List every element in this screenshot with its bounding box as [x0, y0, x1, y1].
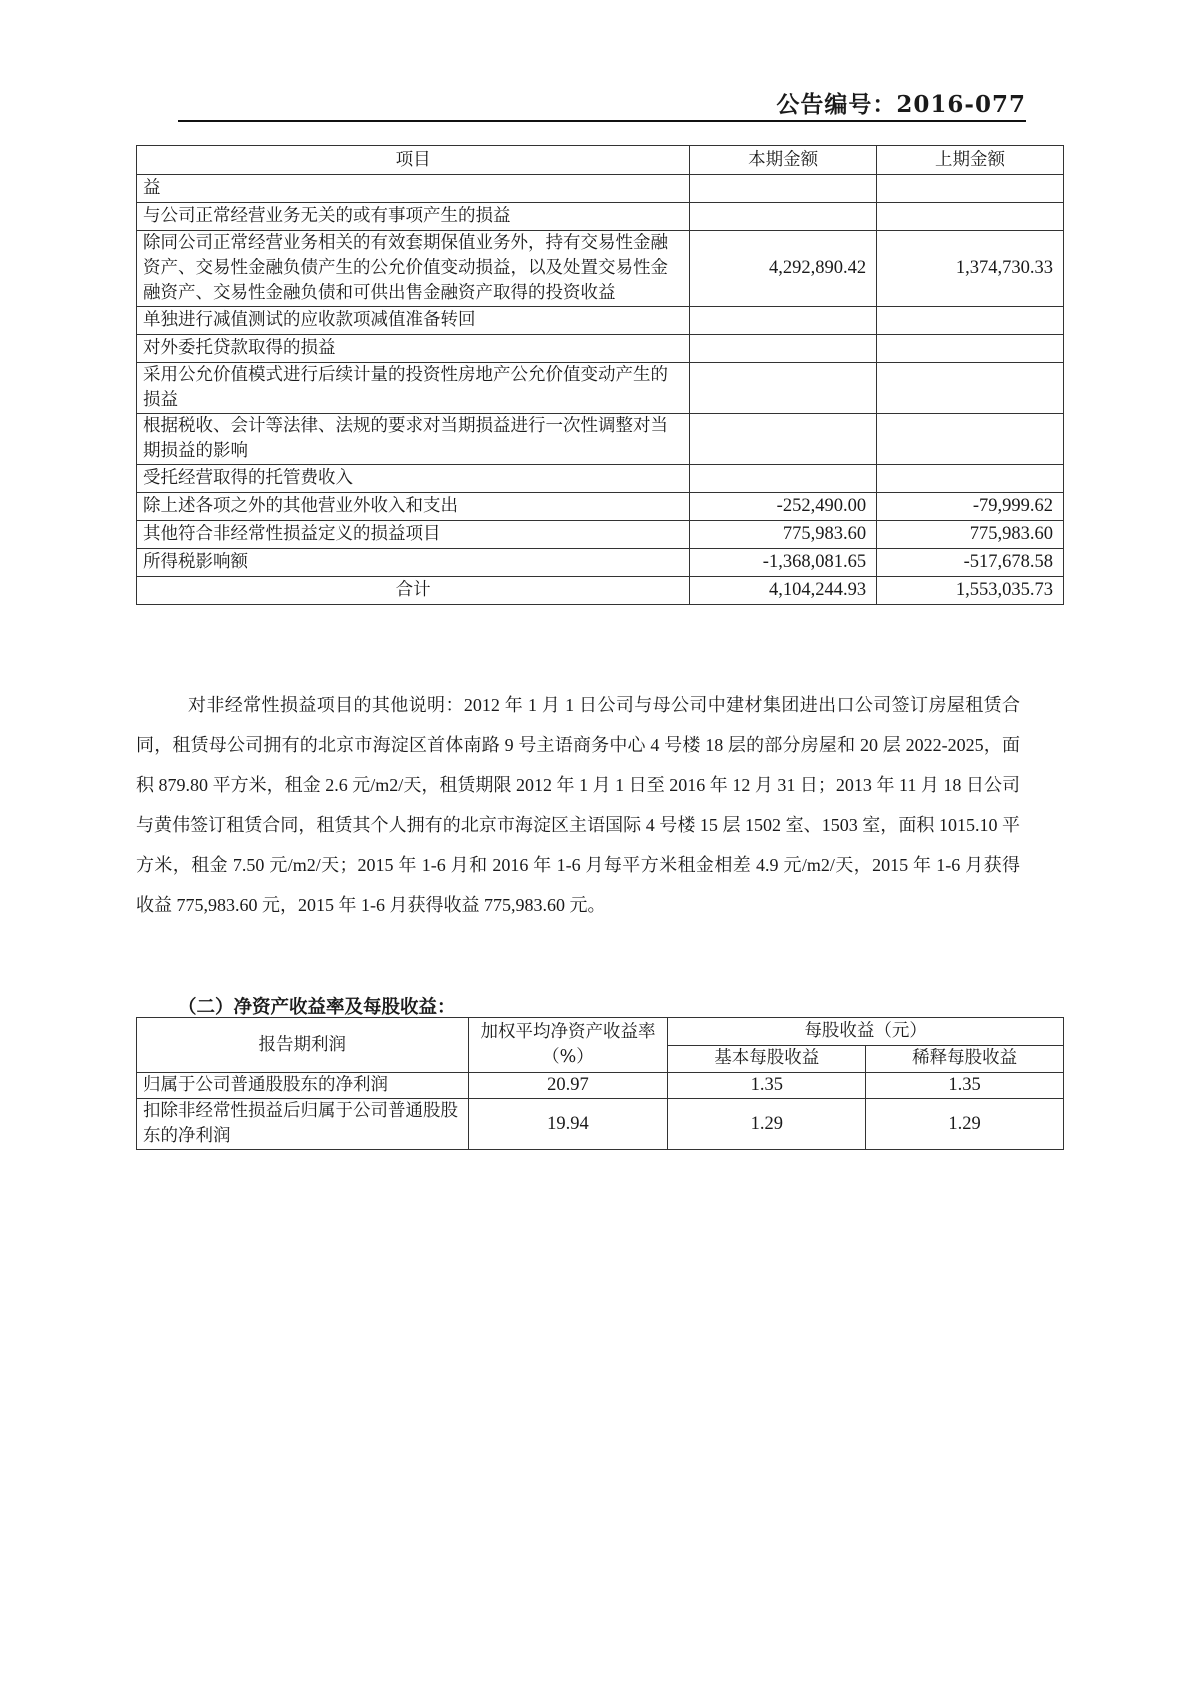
page-header: 公告编号：2016-077	[178, 80, 1026, 122]
column-header-basic-eps: 基本每股收益	[668, 1045, 866, 1073]
row-current-amount	[690, 175, 877, 203]
total-previous-amount: 1,553,035.73	[877, 577, 1064, 605]
table-header-row: 项目 本期金额 上期金额	[137, 146, 1064, 175]
column-header-current-amount: 本期金额	[690, 146, 877, 175]
row-item: 除上述各项之外的其他营业外收入和支出	[137, 493, 690, 521]
row-item: 单独进行减值测试的应收款项减值准备转回	[137, 307, 690, 335]
row-previous-amount: -517,678.58	[877, 549, 1064, 577]
total-current-amount: 4,104,244.93	[690, 577, 877, 605]
row-current-amount	[690, 363, 877, 414]
row-item: 其他符合非经常性损益定义的损益项目	[137, 521, 690, 549]
table-row: 根据税收、会计等法律、法规的要求对当期损益进行一次性调整对当期损益的影响	[137, 414, 1064, 465]
column-header-eps-group: 每股收益（元）	[668, 1018, 1064, 1046]
row-roe: 20.97	[468, 1073, 668, 1099]
announcement-number: 公告编号：2016-077	[776, 86, 1026, 119]
table-row: 采用公允价值模式进行后续计量的投资性房地产公允价值变动产生的损益	[137, 363, 1064, 414]
row-item: 与公司正常经营业务无关的或有事项产生的损益	[137, 203, 690, 231]
table-row: 与公司正常经营业务无关的或有事项产生的损益	[137, 203, 1064, 231]
row-current-amount	[690, 203, 877, 231]
row-current-amount: -1,368,081.65	[690, 549, 877, 577]
non-recurring-explanation-paragraph: 对非经常性损益项目的其他说明：2012 年 1 月 1 日公司与母公司中建材集团…	[136, 685, 1020, 925]
row-previous-amount: 1,374,730.33	[877, 231, 1064, 307]
table-row: 扣除非经常性损益后归属于公司普通股股东的净利润 19.94 1.29 1.29	[137, 1099, 1064, 1150]
column-header-roe: 加权平均净资产收益率（%）	[468, 1018, 668, 1073]
table-row: 所得税影响额 -1,368,081.65 -517,678.58	[137, 549, 1064, 577]
row-current-amount: 775,983.60	[690, 521, 877, 549]
row-item: 除同公司正常经营业务相关的有效套期保值业务外，持有交易性金融资产、交易性金融负债…	[137, 231, 690, 307]
row-previous-amount	[877, 363, 1064, 414]
row-current-amount: 4,292,890.42	[690, 231, 877, 307]
total-row: 合计 4,104,244.93 1,553,035.73	[137, 577, 1064, 605]
row-diluted-eps: 1.29	[866, 1099, 1064, 1150]
table-row: 除上述各项之外的其他营业外收入和支出 -252,490.00 -79,999.6…	[137, 493, 1064, 521]
row-previous-amount	[877, 307, 1064, 335]
row-item: 归属于公司普通股股东的净利润	[137, 1073, 469, 1099]
table-row: 益	[137, 175, 1064, 203]
column-header-previous-amount: 上期金额	[877, 146, 1064, 175]
column-header-diluted-eps: 稀释每股收益	[866, 1045, 1064, 1073]
table-row: 受托经营取得的托管费收入	[137, 465, 1064, 493]
row-previous-amount: -79,999.62	[877, 493, 1064, 521]
row-previous-amount	[877, 203, 1064, 231]
row-previous-amount: 775,983.60	[877, 521, 1064, 549]
row-item: 所得税影响额	[137, 549, 690, 577]
column-header-item: 项目	[137, 146, 690, 175]
table-row: 单独进行减值测试的应收款项减值准备转回	[137, 307, 1064, 335]
row-basic-eps: 1.29	[668, 1099, 866, 1150]
row-item: 根据税收、会计等法律、法规的要求对当期损益进行一次性调整对当期损益的影响	[137, 414, 690, 465]
roe-eps-table: 报告期利润 加权平均净资产收益率（%） 每股收益（元） 基本每股收益 稀释每股收…	[136, 1017, 1064, 1150]
row-roe: 19.94	[468, 1099, 668, 1150]
row-previous-amount	[877, 335, 1064, 363]
row-diluted-eps: 1.35	[866, 1073, 1064, 1099]
row-item: 受托经营取得的托管费收入	[137, 465, 690, 493]
row-current-amount	[690, 335, 877, 363]
row-current-amount	[690, 465, 877, 493]
row-current-amount	[690, 307, 877, 335]
row-previous-amount	[877, 465, 1064, 493]
row-item: 对外委托贷款取得的损益	[137, 335, 690, 363]
row-current-amount	[690, 414, 877, 465]
column-header-period-profit: 报告期利润	[137, 1018, 469, 1073]
table-row: 对外委托贷款取得的损益	[137, 335, 1064, 363]
total-label: 合计	[137, 577, 690, 605]
row-item: 扣除非经常性损益后归属于公司普通股股东的净利润	[137, 1099, 469, 1150]
row-basic-eps: 1.35	[668, 1073, 866, 1099]
row-previous-amount	[877, 414, 1064, 465]
section-heading-roe-eps: （二）净资产收益率及每股收益：	[178, 993, 456, 1019]
table-header-row: 报告期利润 加权平均净资产收益率（%） 每股收益（元）	[137, 1018, 1064, 1046]
row-item: 益	[137, 175, 690, 203]
table-row: 其他符合非经常性损益定义的损益项目 775,983.60 775,983.60	[137, 521, 1064, 549]
row-item: 采用公允价值模式进行后续计量的投资性房地产公允价值变动产生的损益	[137, 363, 690, 414]
table-row: 除同公司正常经营业务相关的有效套期保值业务外，持有交易性金融资产、交易性金融负债…	[137, 231, 1064, 307]
row-previous-amount	[877, 175, 1064, 203]
non-recurring-gains-table: 项目 本期金额 上期金额 益 与公司正常经营业务无关的或有事项产生的损益 除同公…	[136, 145, 1064, 605]
table-row: 归属于公司普通股股东的净利润 20.97 1.35 1.35	[137, 1073, 1064, 1099]
row-current-amount: -252,490.00	[690, 493, 877, 521]
